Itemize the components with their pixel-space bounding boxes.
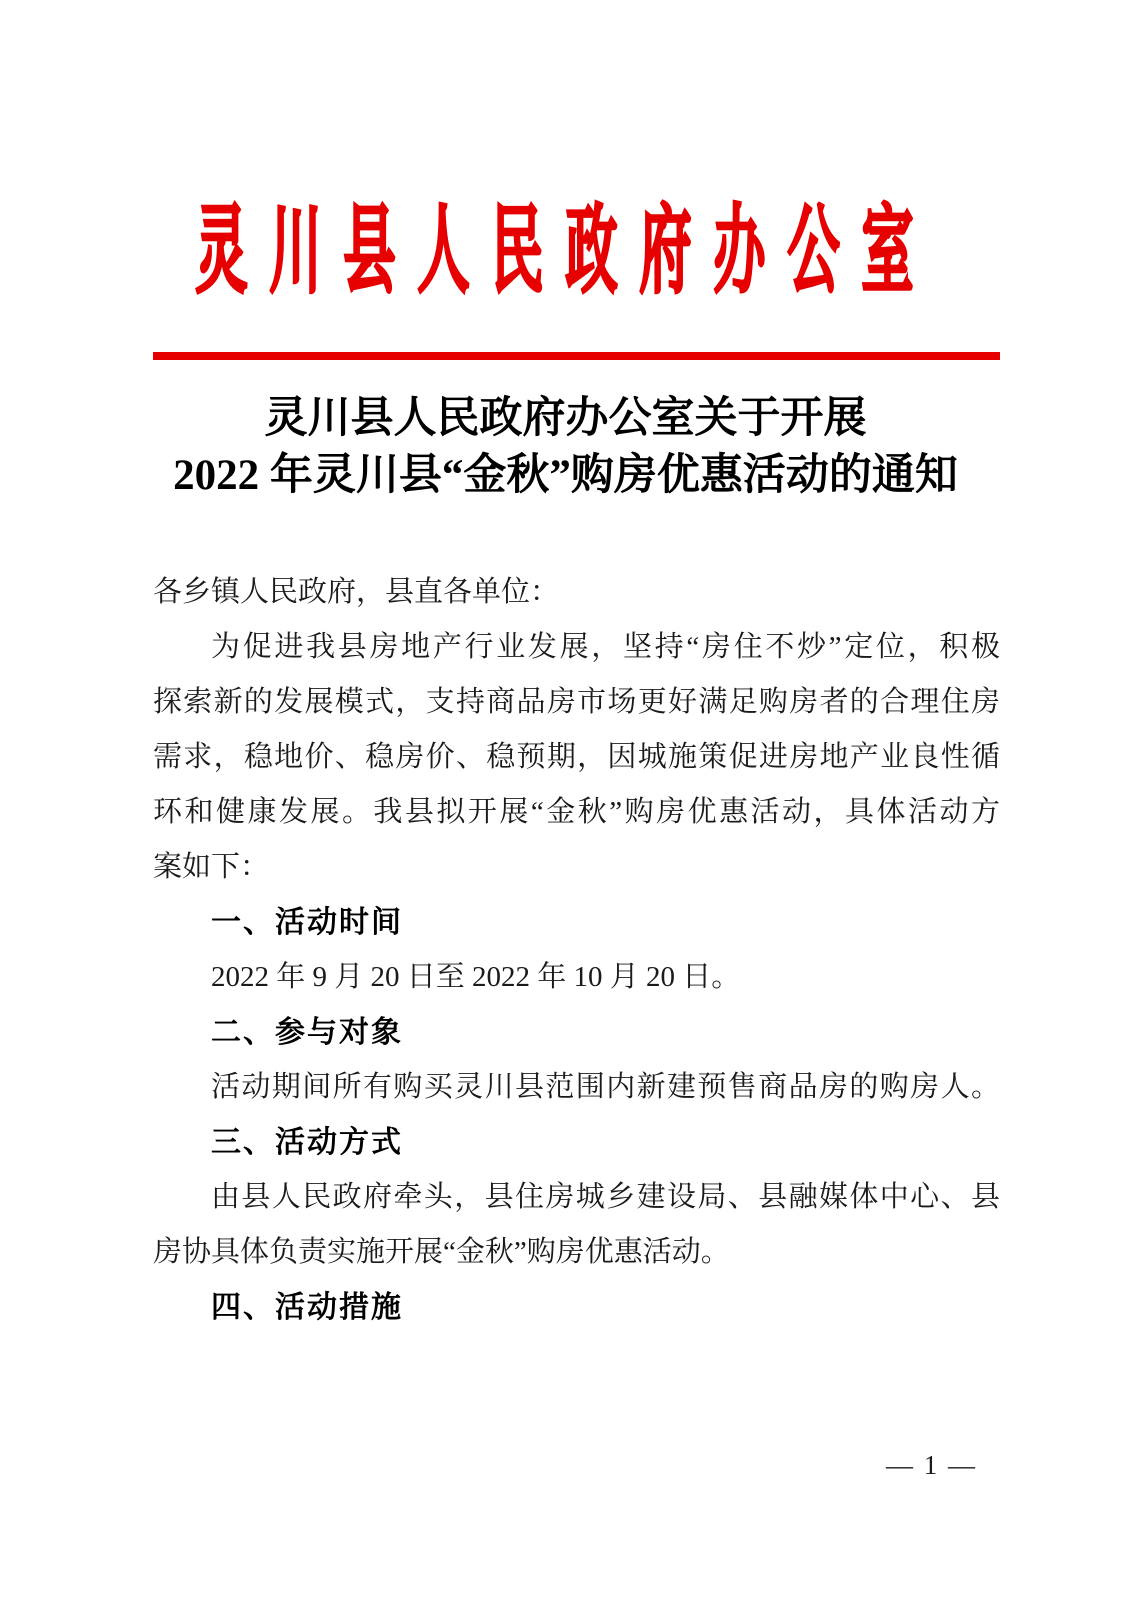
document-body: 各乡镇人民政府，县直各单位： 为促进我县房地产行业发展，坚持“房住不炒”定位，积… [153,565,1000,1335]
body-line: 2022 年 9 月 20 日至 2022 年 10 月 20 日。 [153,950,1000,1005]
letterhead-title: 灵川县人民政府办公室 [0,200,1131,308]
body-line: 案如下： [153,840,1000,895]
red-divider-line [153,352,1000,360]
section-heading-3: 三、活动方式 [153,1115,1000,1170]
body-line: 房协具体负责实施开展“金秋”购房优惠活动。 [153,1225,1000,1280]
document-title-line2: 2022 年灵川县“金秋”购房优惠活动的通知 [0,447,1131,504]
document-title: 灵川县人民政府办公室关于开展 2022 年灵川县“金秋”购房优惠活动的通知 [0,390,1131,504]
body-line: 为促进我县房地产行业发展，坚持“房住不炒”定位，积极 [153,620,1000,675]
body-line: 需求，稳地价、稳房价、稳预期，因城施策促进房地产业良性循 [153,730,1000,785]
page-number: — 1 — [886,1450,977,1481]
body-line: 探索新的发展模式，支持商品房市场更好满足购房者的合理住房 [153,675,1000,730]
salutation-line: 各乡镇人民政府，县直各单位： [153,565,1000,620]
document-page: 灵川县人民政府办公室 灵川县人民政府办公室关于开展 2022 年灵川县“金秋”购… [0,0,1131,1600]
document-title-line1: 灵川县人民政府办公室关于开展 [0,390,1131,447]
section-heading-4: 四、活动措施 [153,1280,1000,1335]
body-line: 环和健康发展。我县拟开展“金秋”购房优惠活动，具体活动方 [153,785,1000,840]
body-line: 活动期间所有购买灵川县范围内新建预售商品房的购房人。 [153,1060,1000,1115]
body-line: 由县人民政府牵头，县住房城乡建设局、县融媒体中心、县 [153,1170,1000,1225]
section-heading-1: 一、活动时间 [153,895,1000,950]
section-heading-2: 二、参与对象 [153,1005,1000,1060]
